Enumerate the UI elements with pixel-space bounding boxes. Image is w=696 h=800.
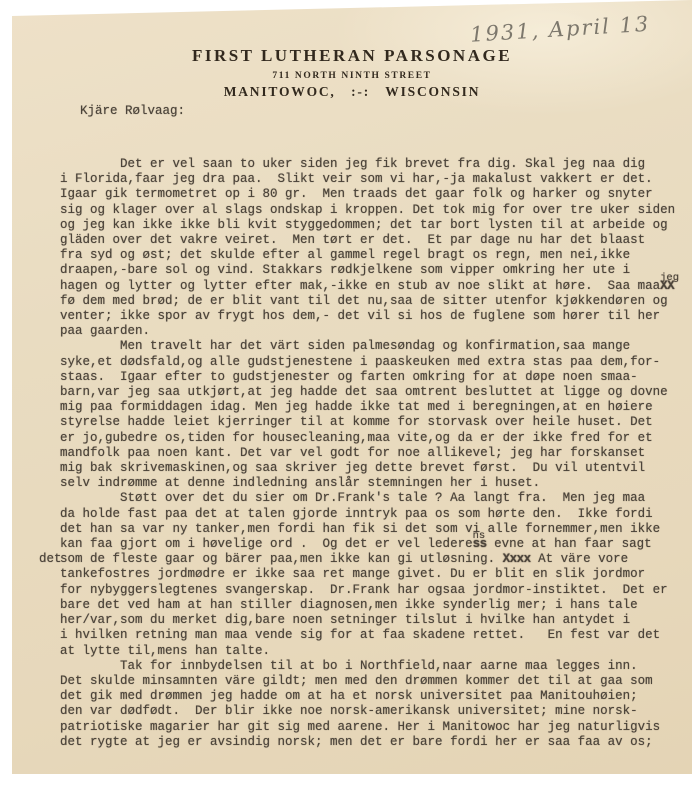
handwritten-date: 1931, April 13 (469, 9, 690, 46)
letter-line: venter; ikke spor av frygt hos dem,- det… (60, 309, 696, 324)
letter-line: det gik med drømmen jeg hadde om at ha e… (60, 689, 696, 704)
inserted-word-above-line: jeg (660, 271, 679, 286)
letter-line: Igaar gik termometret op i 80 gr. Men tr… (60, 187, 696, 202)
letter-line: Tak for innbydelsen til at bo i Northfie… (60, 659, 696, 674)
letterhead-name: FIRST LUTHERAN PARSONAGE (12, 46, 692, 66)
letter-line: detsom de fleste gaar og bärer paa,men i… (60, 552, 696, 567)
letter-line: patriotiske magarier har git sig med aar… (60, 720, 696, 735)
letter-line: styrelse hadde leiet kjerringer til at k… (60, 415, 696, 430)
letter-line: Støtt over det du sier om Dr.Frank's tal… (60, 491, 696, 506)
typed-overstrike-correction: nsss (473, 537, 487, 552)
letter-line: paa gaarden. (60, 324, 696, 339)
letter-page: FIRST LUTHERAN PARSONAGE 711 NORTH NINTH… (12, 0, 692, 774)
letter-line: selv indrømme at denne indledning anslår… (60, 476, 696, 491)
letter-line: Men travelt har det värt siden palmesønd… (60, 339, 696, 354)
letter-line: barn,var jeg saa utkjørt,at jeg hadde de… (60, 385, 696, 400)
letter-line: her/var,som du merket dig,bare noen setn… (60, 613, 696, 628)
letter-line: syke,et dødsfald,og alle gudstjenestene … (60, 355, 696, 370)
letter-body: Det er vel saan to uker siden jeg fik br… (60, 157, 696, 750)
letter-line: i Florida,faar jeg dra paa. Slikt veir s… (60, 172, 696, 187)
salutation: Kjäre Rølvaag: (80, 104, 185, 118)
letter-line: gläden over det vakre veiret. Men tørt e… (60, 233, 696, 248)
letter-line: mig bak skrivemaskinen,og saa skriver je… (60, 461, 696, 476)
letter-line: Det er vel saan to uker siden jeg fik br… (60, 157, 696, 172)
letter-line: hagen og lytter og lytter efter mak,-ikk… (60, 279, 696, 294)
letter-line: draapen,-bare sol og vind. Stakkars rødk… (60, 263, 696, 278)
letter-line: mig paa formiddagen idag. Men jeg hadde … (60, 400, 696, 415)
letter-line: det han sa var ny tanker,men fordi han f… (60, 522, 696, 537)
letter-line: er jo,gubedre os,tiden for housecleaning… (60, 431, 696, 446)
typed-overstrike-correction: Xxxx (503, 552, 531, 567)
letter-line: da holde fast paa det at talen gjorde in… (60, 507, 696, 522)
letter-line: at lytte til,mens han talte. (60, 644, 696, 659)
letter-line: den var dødfødt. Der blir ikke noe norsk… (60, 704, 696, 719)
letter-line: fra syd og øst; det skulde efter al gamm… (60, 248, 696, 263)
typed-overstrike-correction: jegXX (660, 279, 674, 294)
letter-line: det rygte at jeg er avsindig norsk; men … (60, 735, 696, 750)
letter-line: i hvilken retning man maa vende sig for … (60, 628, 696, 643)
inserted-word-above-line: ns (473, 529, 486, 544)
letter-line: fø dem med brød; de er blit vant til det… (60, 294, 696, 309)
letter-line: bare det ved ham at han stiller diagnose… (60, 598, 696, 613)
letter-line: og jeg kan ikke ikke bli kvit styggedomm… (60, 218, 696, 233)
letter-line: sig og klager over al slags ondskap i kr… (60, 203, 696, 218)
letter-line: mandfolk paa noen kant. Det var vel godt… (60, 446, 696, 461)
margin-inserted-word: det (39, 552, 62, 567)
letterhead-street: 711 NORTH NINTH STREET (12, 71, 692, 81)
letter-line: staas. Igaar efter to gudstjenester og f… (60, 370, 696, 385)
letter-line: kan faa gjort om i høvelige ord . Og det… (60, 537, 696, 552)
letter-line: Det skulde minsamnten väre gildt; men me… (60, 674, 696, 689)
letter-line: for nybyggerslegtenes svangerskap. Dr.Fr… (60, 583, 696, 598)
letter-line: tankefostres jordmødre er ikke saa ret m… (60, 567, 696, 582)
letterhead-city-line: MANITOWOC, :-: WISCONSIN (12, 84, 692, 100)
